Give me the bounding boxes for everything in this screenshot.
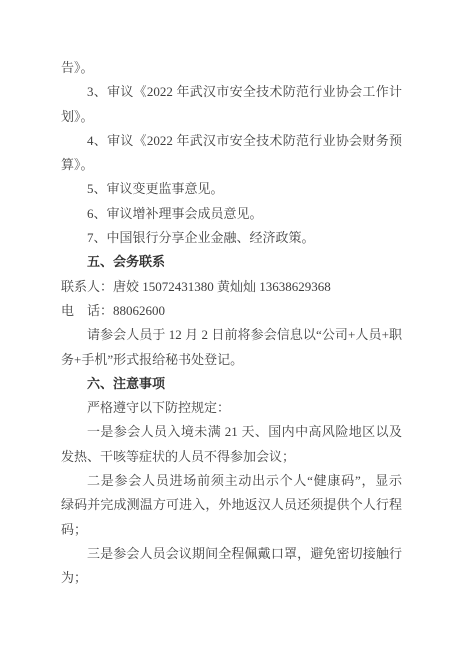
text-line: 三是参会人员会议期间全程佩戴口罩，避免密切接触行 <box>61 542 402 566</box>
text-line: 绿码并完成测温方可进入，外地返汉人员还须提供个人行程 <box>61 493 402 517</box>
text-line: 算》。 <box>61 153 402 177</box>
text-line: 划》。 <box>61 105 402 129</box>
text-line: 为； <box>61 566 402 590</box>
section-heading: 五、会务联系 <box>61 250 402 274</box>
text-line: 5、审议变更监事意见。 <box>61 177 402 201</box>
document-body: 告》。3、审议《2022 年武汉市安全技术防范行业协会工作计划》。4、审议《20… <box>61 56 402 591</box>
text-line: 请参会人员于 12 月 2 日前将参会信息以“公司+人员+职 <box>61 323 402 347</box>
text-line: 码； <box>61 518 402 542</box>
text-line: 3、审议《2022 年武汉市安全技术防范行业协会工作计 <box>61 80 402 104</box>
text-line: 告》。 <box>61 56 402 80</box>
text-line: 7、中国银行分享企业金融、经济政策。 <box>61 226 402 250</box>
text-line: 务+手机”形式报给秘书处登记。 <box>61 348 402 372</box>
text-line: 联系人：唐姣 15072431380 黄灿灿 13638629368 <box>61 275 402 299</box>
text-line: 二是参会人员进场前须主动出示个人“健康码”，显示 <box>61 469 402 493</box>
document-page: 告》。3、审议《2022 年武汉市安全技术防范行业协会工作计划》。4、审议《20… <box>0 0 470 666</box>
text-line: 一是参会人员入境未满 21 天、国内中高风险地区以及有 <box>61 420 402 444</box>
section-heading: 六、注意事项 <box>61 372 402 396</box>
text-line: 4、审议《2022 年武汉市安全技术防范行业协会财务预 <box>61 129 402 153</box>
text-line: 发热、干咳等症状的人员不得参加会议； <box>61 445 402 469</box>
text-line: 6、审议增补理事会成员意见。 <box>61 202 402 226</box>
text-line: 电 话：88062600 <box>61 299 402 323</box>
text-line: 严格遵守以下防控规定： <box>61 396 402 420</box>
